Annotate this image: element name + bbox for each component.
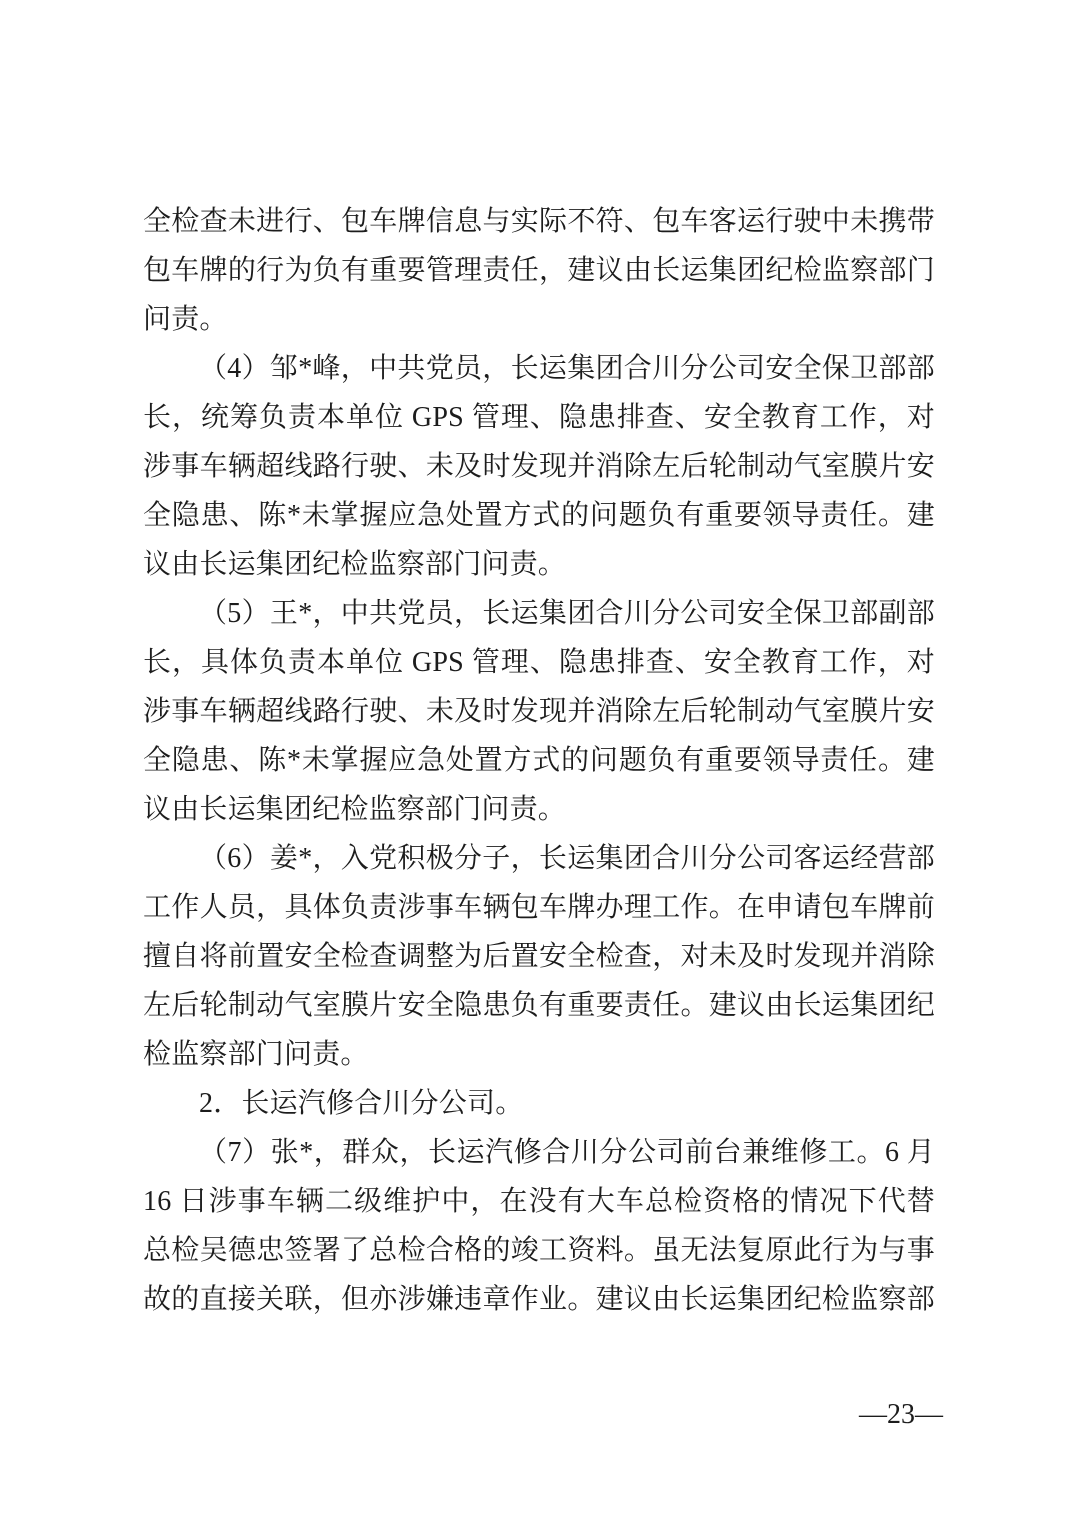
text-line: 工作人员，具体负责涉事车辆包车牌办理工作。在申请包车牌前 bbox=[143, 883, 935, 932]
text-line: 故的直接关联，但亦涉嫌违章作业。建议由长运集团纪检监察部 bbox=[143, 1275, 935, 1324]
text-line: （6）姜*，入党积极分子，长运集团合川分公司客运经营部 bbox=[143, 834, 935, 883]
text-line: 16 日涉事车辆二级维护中，在没有大车总检资格的情况下代替 bbox=[143, 1177, 935, 1226]
page-number: —23— bbox=[859, 1399, 943, 1430]
text-line: 议由长运集团纪检监察部门问责。 bbox=[143, 785, 935, 834]
document-body: 全检查未进行、包车牌信息与实际不符、包车客运行驶中未携带包车牌的行为负有重要管理… bbox=[143, 197, 935, 1324]
text-line: 擅自将前置安全检查调整为后置安全检查，对未及时发现并消除 bbox=[143, 932, 935, 981]
text-line: 2．长运汽修合川分公司。 bbox=[143, 1079, 935, 1128]
text-line: 全隐患、陈*未掌握应急处置方式的问题负有重要领导责任。建 bbox=[143, 491, 935, 540]
text-line: 左后轮制动气室膜片安全隐患负有重要责任。建议由长运集团纪 bbox=[143, 981, 935, 1030]
text-line: 长，具体负责本单位 GPS 管理、隐患排查、安全教育工作，对 bbox=[143, 638, 935, 687]
text-line: 全隐患、陈*未掌握应急处置方式的问题负有重要领导责任。建 bbox=[143, 736, 935, 785]
paragraph-continued-from-previous-page: 全检查未进行、包车牌信息与实际不符、包车客运行驶中未携带包车牌的行为负有重要管理… bbox=[143, 197, 935, 344]
text-line: 涉事车辆超线路行驶、未及时发现并消除左后轮制动气室膜片安 bbox=[143, 442, 935, 491]
paragraph-item-7: （7）张*，群众，长运汽修合川分公司前台兼维修工。6 月16 日涉事车辆二级维护… bbox=[143, 1128, 935, 1324]
text-line: 长，统筹负责本单位 GPS 管理、隐患排查、安全教育工作，对 bbox=[143, 393, 935, 442]
text-line: 全检查未进行、包车牌信息与实际不符、包车客运行驶中未携带 bbox=[143, 197, 935, 246]
text-line: （4）邹*峰，中共党员，长运集团合川分公司安全保卫部部 bbox=[143, 344, 935, 393]
text-line: 包车牌的行为负有重要管理责任，建议由长运集团纪检监察部门 bbox=[143, 246, 935, 295]
text-line: 问责。 bbox=[143, 295, 935, 344]
heading-section-2: 2．长运汽修合川分公司。 bbox=[143, 1079, 935, 1128]
document-page: 全检查未进行、包车牌信息与实际不符、包车客运行驶中未携带包车牌的行为负有重要管理… bbox=[0, 0, 1074, 1520]
text-line: 议由长运集团纪检监察部门问责。 bbox=[143, 540, 935, 589]
text-line: 总检吴德忠签署了总检合格的竣工资料。虽无法复原此行为与事 bbox=[143, 1226, 935, 1275]
text-line: 检监察部门问责。 bbox=[143, 1030, 935, 1079]
paragraph-item-6: （6）姜*，入党积极分子，长运集团合川分公司客运经营部工作人员，具体负责涉事车辆… bbox=[143, 834, 935, 1079]
text-line: 涉事车辆超线路行驶、未及时发现并消除左后轮制动气室膜片安 bbox=[143, 687, 935, 736]
paragraph-item-5: （5）王*，中共党员，长运集团合川分公司安全保卫部副部长，具体负责本单位 GPS… bbox=[143, 589, 935, 834]
paragraph-item-4: （4）邹*峰，中共党员，长运集团合川分公司安全保卫部部长，统筹负责本单位 GPS… bbox=[143, 344, 935, 589]
page-footer: —23— bbox=[859, 1390, 943, 1439]
text-line: （5）王*，中共党员，长运集团合川分公司安全保卫部副部 bbox=[143, 589, 935, 638]
text-line: （7）张*，群众，长运汽修合川分公司前台兼维修工。6 月 bbox=[143, 1128, 935, 1177]
